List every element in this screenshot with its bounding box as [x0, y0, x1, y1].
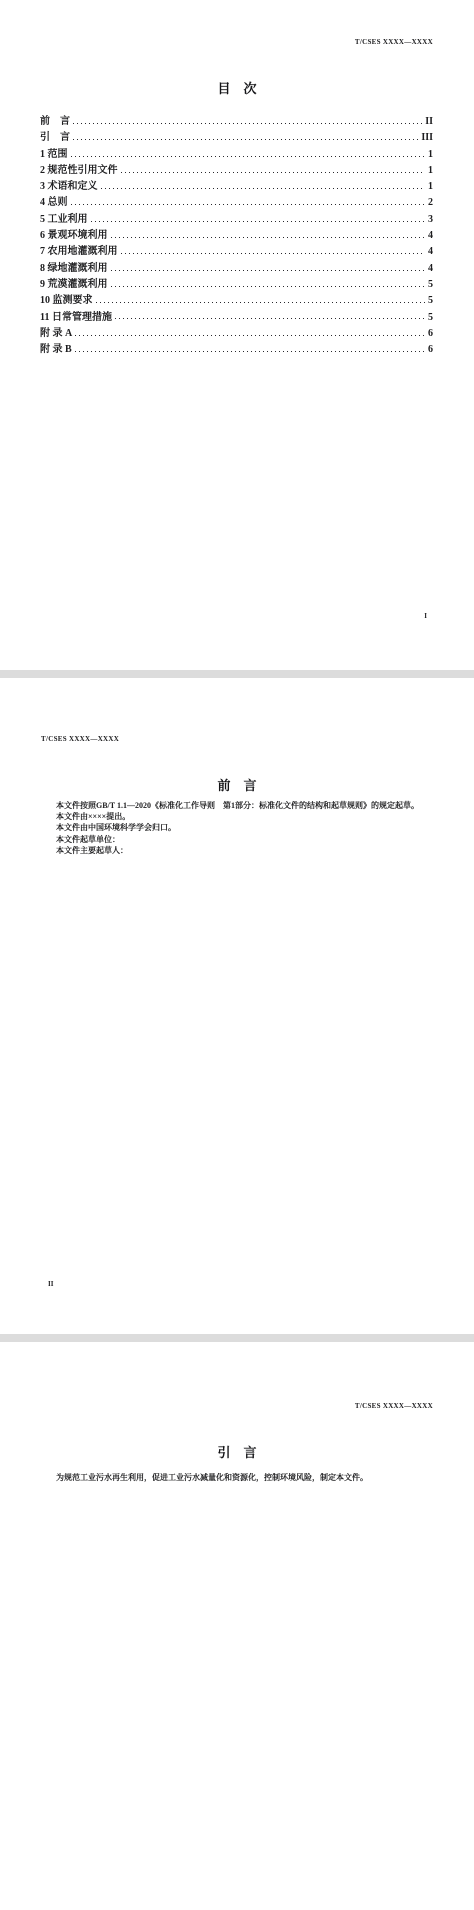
toc-entry-page: 4 [425, 263, 433, 274]
toc-dot-leader [111, 263, 426, 273]
page-separator [0, 670, 474, 678]
toc-entry-page: 5 [425, 279, 433, 290]
page-separator [0, 1334, 474, 1342]
toc-dot-leader [111, 230, 426, 240]
document-viewer: T/CSES XXXX—XXXX 目 次 前 言 II 引 言 III 1 范围… [0, 0, 474, 1910]
page-1-toc: T/CSES XXXX—XXXX 目 次 前 言 II 引 言 III 1 范围… [0, 0, 474, 670]
toc-entry-label: 前 言 [40, 112, 73, 127]
page-2-foreword: T/CSES XXXX—XXXX 前 言 本文件按照GB/T 1.1—2020《… [0, 678, 474, 1334]
standard-code-header: T/CSES XXXX—XXXX [355, 1402, 433, 1410]
toc-entry: 3 术语和定义 1 [40, 177, 433, 193]
toc-entry-page: 2 [425, 197, 433, 208]
toc-entry: 9 荒漠灌溉利用 5 [40, 275, 433, 291]
toc-dot-leader [121, 165, 426, 175]
toc-entry-page: 4 [425, 246, 433, 257]
toc-entry-page: III [418, 132, 433, 143]
toc-entry-page: 1 [425, 181, 433, 192]
toc-entry: 附 录 A 6 [40, 324, 433, 340]
toc-entry: 7 农用地灌溉利用 4 [40, 242, 433, 258]
foreword-paragraph: 本文件主要起草人： [40, 845, 433, 856]
toc-entry-label: 附 录 B [40, 340, 75, 355]
toc-entry-page: 1 [425, 149, 433, 160]
page-3-introduction: T/CSES XXXX—XXXX 引 言 为规范工业污水再生利用，促进工业污水减… [0, 1342, 474, 1910]
foreword-paragraph: 本文件起草单位： [40, 834, 433, 845]
foreword-paragraph: 本文件由中国环境科学学会归口。 [40, 822, 433, 833]
toc-entry-label: 附 录 A [40, 324, 75, 339]
standard-code-header: T/CSES XXXX—XXXX [355, 38, 433, 46]
toc-entry-label: 1 范围 [40, 145, 71, 160]
toc-entry-page: 3 [425, 214, 433, 225]
toc-entry-label: 5 工业利用 [40, 210, 91, 225]
toc-entry-label: 3 术语和定义 [40, 177, 101, 192]
toc-entry-label: 7 农用地灌溉利用 [40, 242, 121, 257]
toc-entry-page: 6 [425, 344, 433, 355]
toc-entry-page: 4 [425, 230, 433, 241]
foreword-body: 本文件按照GB/T 1.1—2020《标准化工作导则 第1部分：标准化文件的结构… [40, 800, 433, 856]
toc-entry: 2 规范性引用文件 1 [40, 161, 433, 177]
introduction-title: 引 言 [0, 1442, 474, 1461]
toc-entry-label: 9 荒漠灌溉利用 [40, 275, 111, 290]
page-number: I [424, 612, 427, 620]
toc-dot-leader [71, 198, 426, 208]
toc-dot-leader [96, 296, 426, 306]
toc-dot-leader [115, 312, 425, 322]
toc-dot-leader [71, 149, 426, 159]
toc-dot-leader [75, 344, 425, 354]
toc-entry-page: 5 [425, 312, 433, 323]
foreword-title: 前 言 [0, 775, 474, 794]
toc-dot-leader [75, 328, 425, 338]
toc-entry-page: 6 [425, 328, 433, 339]
toc-entry: 10 监测要求 5 [40, 291, 433, 307]
toc-dot-leader [73, 116, 422, 126]
foreword-paragraph: 本文件按照GB/T 1.1—2020《标准化工作导则 第1部分：标准化文件的结构… [40, 800, 433, 811]
toc-entry-label: 6 景观环境利用 [40, 226, 111, 241]
toc-entry-page: 5 [425, 295, 433, 306]
toc-entry-page: 1 [425, 165, 433, 176]
toc-dot-leader [101, 181, 426, 191]
introduction-body: 为规范工业污水再生利用，促进工业污水减量化和资源化，控制环境风险，制定本文件。 [40, 1472, 433, 1483]
toc-entry: 11 日常管理措施 5 [40, 308, 433, 324]
page-number: II [48, 1280, 53, 1288]
standard-code-header: T/CSES XXXX—XXXX [41, 735, 119, 743]
toc-entry-label: 11 日常管理措施 [40, 308, 115, 323]
introduction-paragraph: 为规范工业污水再生利用，促进工业污水减量化和资源化，控制环境风险，制定本文件。 [40, 1472, 433, 1483]
toc-list: 前 言 II 引 言 III 1 范围 1 2 规范性引用文件 1 3 术语和定… [40, 112, 433, 356]
toc-entry: 附 录 B 6 [40, 340, 433, 356]
toc-entry-label: 2 规范性引用文件 [40, 161, 121, 176]
toc-entry: 6 景观环境利用 4 [40, 226, 433, 242]
toc-entry: 5 工业利用 3 [40, 210, 433, 226]
toc-entry-label: 10 监测要求 [40, 291, 96, 306]
toc-dot-leader [121, 247, 426, 257]
toc-entry-label: 4 总则 [40, 193, 71, 208]
toc-dot-leader [111, 279, 426, 289]
toc-entry: 引 言 III [40, 128, 433, 144]
toc-entry: 4 总则 2 [40, 193, 433, 209]
toc-entry-label: 引 言 [40, 128, 73, 143]
toc-dot-leader [91, 214, 426, 224]
toc-entry-label: 8 绿地灌溉利用 [40, 259, 111, 274]
toc-entry-page: II [422, 116, 433, 127]
foreword-paragraph: 本文件由××××提出。 [40, 811, 433, 822]
toc-dot-leader [73, 133, 418, 143]
toc-title: 目 次 [0, 78, 474, 97]
toc-entry: 8 绿地灌溉利用 4 [40, 259, 433, 275]
toc-entry: 1 范围 1 [40, 145, 433, 161]
toc-entry: 前 言 II [40, 112, 433, 128]
